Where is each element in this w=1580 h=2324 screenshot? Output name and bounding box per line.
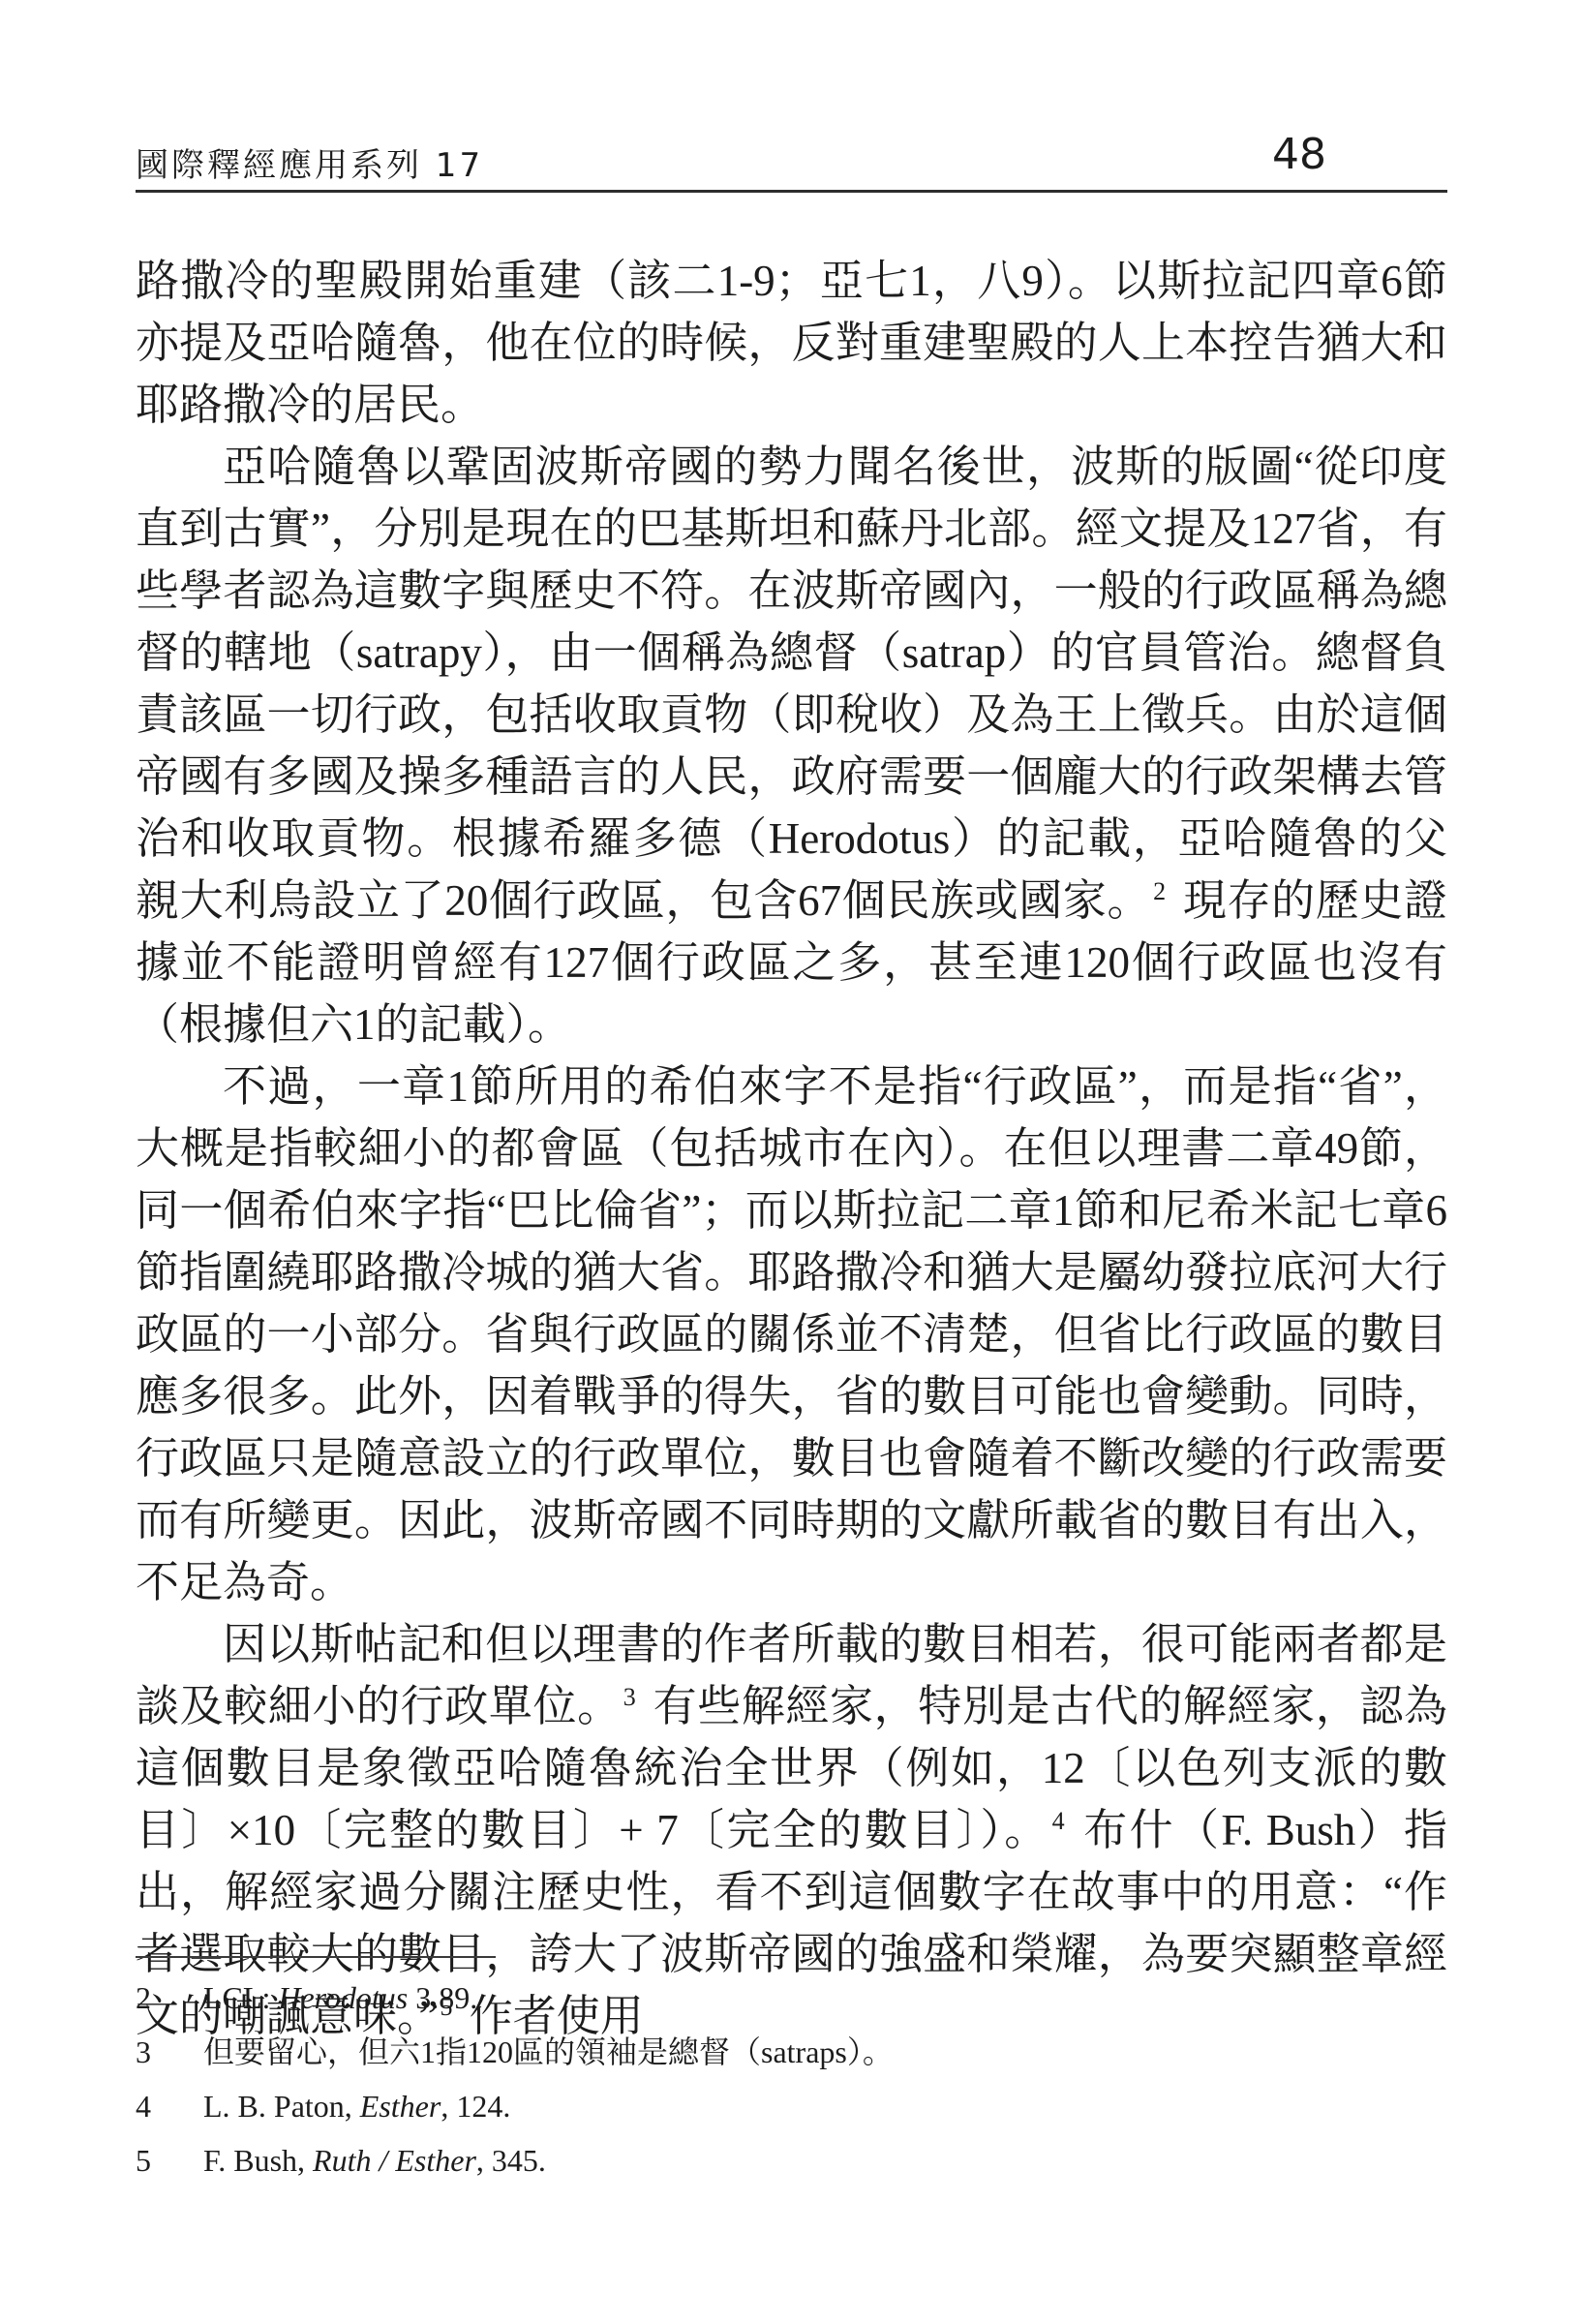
- footnote-text: L. B. Paton, Esther, 124.: [203, 2086, 1447, 2126]
- footnote-ref: 2: [1153, 877, 1166, 905]
- paragraph: 路撒冷的聖殿開始重建（該二1-9；亞七1，八9）。以斯拉記四章6節亦提及亞哈隨魯…: [136, 250, 1447, 436]
- footnote: 3但要留心，但六1指120區的領袖是總督（satraps）。: [136, 2032, 1447, 2072]
- book-page: 國際釋經應用系列 17 48 路撒冷的聖殿開始重建（該二1-9；亞七1，八9）。…: [0, 0, 1580, 2324]
- footnote-ref: 3: [623, 1683, 636, 1711]
- italic-text: Herodotus: [278, 1980, 408, 2015]
- footnote-text: F. Bush, Ruth / Esther, 345.: [203, 2140, 1447, 2181]
- italic-text: Ruth / Esther: [313, 2143, 476, 2178]
- header-rule: [136, 190, 1447, 193]
- footnote-number: 3: [136, 2032, 203, 2072]
- footnote-number: 5: [136, 2140, 203, 2181]
- footnote: 2LCL: Herodotus 3.89.: [136, 1977, 1447, 2018]
- footnote: 4L. B. Paton, Esther, 124.: [136, 2086, 1447, 2126]
- running-header: 國際釋經應用系列 17: [136, 138, 1447, 186]
- italic-text: Esther: [360, 2089, 441, 2124]
- footnote-number: 2: [136, 1977, 203, 2018]
- body-text: 路撒冷的聖殿開始重建（該二1-9；亞七1，八9）。以斯拉記四章6節亦提及亞哈隨魯…: [136, 250, 1447, 2047]
- footnote-number: 4: [136, 2086, 203, 2126]
- footnote-ref: 4: [1052, 1807, 1065, 1835]
- page-number: 48: [1272, 130, 1326, 179]
- footnote-divider: [136, 1956, 496, 1958]
- paragraph: 亞哈隨魯以鞏固波斯帝國的勢力聞名後世，波斯的版圖“從印度直到古實”，分別是現在的…: [136, 436, 1447, 1055]
- paragraph: 不過，一章1節所用的希伯來字不是指“行政區”，而是指“省”，大概是指較細小的都會…: [136, 1055, 1447, 1613]
- header-series-title: 國際釋經應用系列 17: [136, 146, 483, 185]
- footnote-text: LCL: Herodotus 3.89.: [203, 1977, 1447, 2018]
- footnotes-list: 2LCL: Herodotus 3.89.3但要留心，但六1指120區的領袖是總…: [136, 1977, 1447, 2194]
- footnote-text: 但要留心，但六1指120區的領袖是總督（satraps）。: [203, 2032, 1447, 2072]
- footnote: 5F. Bush, Ruth / Esther, 345.: [136, 2140, 1447, 2181]
